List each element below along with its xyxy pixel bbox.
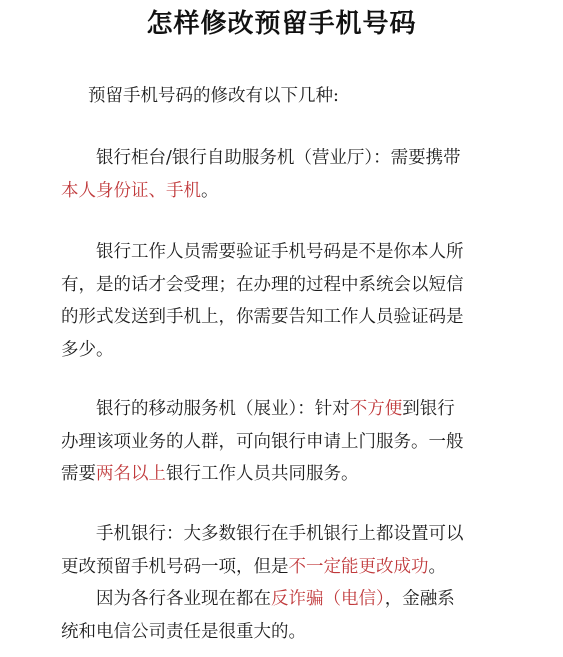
text-line: 有，是的话才会受理；在办理的过程中系统会以短信 [61, 269, 447, 302]
text-line: 手机银行：大多数银行在手机银行上都设置可以 [61, 518, 447, 551]
text-segment: 到银行 [402, 399, 455, 419]
paragraph-anti-fraud: 因为各行各业现在都在反诈骗（电信），金融系 统和电信公司责任是很重大的。 [61, 583, 447, 648]
text-segment: 银行工作人员共同服务。 [166, 464, 359, 484]
intro-paragraph: 预留手机号码的修改有以下几种: [88, 80, 474, 113]
paragraph-mobile-banking: 手机银行：大多数银行在手机银行上都设置可以 更改预留手机号码一项，但是不一定能更… [61, 518, 447, 583]
text-segment: 银行的移动服务机（展业）：针对 [96, 399, 350, 419]
text-segment: 银行柜台/银行自助服务机（营业厅）：需要携带 [96, 148, 461, 168]
highlighted-text: 两名以上 [96, 464, 166, 484]
paragraph-bank-counter: 银行柜台/银行自助服务机（营业厅）：需要携带 本人身份证、手机。 [61, 142, 447, 207]
document-page: 怎样修改预留手机号码 预留手机号码的修改有以下几种: 银行柜台/银行自助服务机（… [0, 0, 563, 657]
text-line: 银行工作人员需要验证手机号码是不是你本人所 [61, 236, 447, 269]
text-segment: 。 [201, 181, 219, 201]
text-segment: 因为各行各业现在都在 [96, 589, 271, 609]
text-segment: 。 [429, 557, 447, 577]
highlighted-text: 本人身份证、手机 [61, 181, 201, 201]
paragraph-mobile-service: 银行的移动服务机（展业）：针对不方便到银行 办理该项业务的人群，可向银行申请上门… [61, 393, 447, 491]
highlighted-text: 反诈骗（电信） [271, 589, 385, 609]
text-line: 多少。 [61, 334, 447, 367]
intro-text: 预留手机号码的修改有以下几种: [88, 80, 474, 113]
text-segment: 更改预留手机号码一项，但是 [61, 557, 289, 577]
highlighted-text: 不方便 [350, 399, 403, 419]
text-segment: ，金融系 [385, 589, 455, 609]
highlighted-text: 不一定能更改成功 [289, 557, 429, 577]
page-title: 怎样修改预留手机号码 [0, 6, 563, 42]
text-line: 的形式发送到手机上，你需要告知工作人员验证码是 [61, 301, 447, 334]
text-segment: 需要 [61, 464, 96, 484]
text-line: 统和电信公司责任是很重大的。 [61, 616, 447, 649]
text-line: 办理该项业务的人群，可向银行申请上门服务。一般 [61, 426, 447, 459]
paragraph-verification: 银行工作人员需要验证手机号码是不是你本人所 有，是的话才会受理；在办理的过程中系… [61, 236, 447, 366]
